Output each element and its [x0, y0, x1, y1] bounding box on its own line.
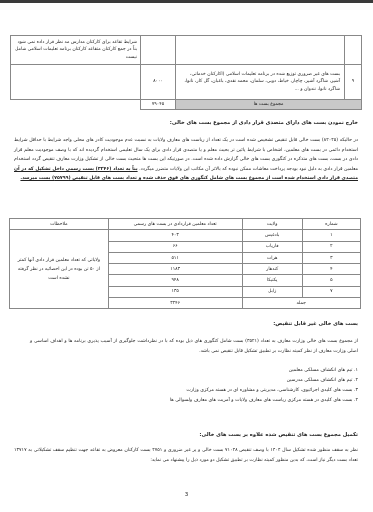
- paragraph: نظر به سقف منظور شده تشکیل سال ۱۴۰۴ با و…: [14, 446, 358, 465]
- row-province: فاریاب: [242, 241, 302, 252]
- section-heading: بست های خالی غیر قابل تنقیص:: [273, 321, 358, 327]
- page-number: 3: [0, 492, 373, 498]
- section-heading: تکمیل مجموع بست های تنقیص شده علاوه بر ب…: [199, 432, 358, 438]
- row-value: [141, 36, 176, 65]
- row-count: ۴۰۳: [108, 230, 242, 241]
- row-count: ۶۶: [108, 241, 242, 252]
- row-count: ۱۱۸۳: [108, 264, 242, 275]
- row-count: ۹۴۸: [108, 275, 242, 286]
- row-note: شرایط تقاعد برای کارکنان مدارس مد نظر قر…: [11, 36, 141, 65]
- total-label: جمله: [242, 298, 360, 309]
- row-province: پکتیکا: [242, 275, 302, 286]
- row-province: بادغیس: [242, 230, 302, 241]
- document-page: شرایط تقاعد برای کارکنان مدارس مد نظر قر…: [0, 3, 373, 512]
- total-value: ۷۹۰۴۵: [141, 100, 176, 110]
- row-number: [345, 36, 362, 65]
- table-row: ۱ بادغیس ۴۰۳ ولایاتی که تعداد معلمین قرا…: [10, 230, 361, 241]
- row-province: کندهار: [242, 264, 302, 275]
- non-reducible-list: ۱. تیم های انکشاف مسلکی معلمین ۲. تیم ها…: [170, 366, 358, 406]
- section-heading: خارج نمودن بست های دارای متصدی قرار دادی…: [170, 120, 358, 126]
- table-header-row: شماره ولایت تعداد معلمین قراردادی در بست…: [10, 219, 361, 230]
- table-row: شرایط تقاعد برای کارکنان مدارس مد نظر قر…: [11, 36, 362, 65]
- list-item: ۲. تیم های انکشاف مسلکی مدرسین: [170, 376, 358, 386]
- table-row: ۹ بست های غیر ضروری توزیع شده در برنامه …: [11, 65, 362, 100]
- row-number: ۳: [302, 252, 360, 263]
- row-number: ۱: [302, 230, 360, 241]
- header-province: ولایت: [242, 219, 302, 230]
- row-note: ولایاتی که تعداد معلمین قرار دادی آنها ک…: [10, 230, 109, 309]
- paragraph: در حالیکه (۸۲۰۴۵) بست خالی قابل تنقیص تش…: [14, 136, 358, 184]
- total-value: ۳۲۴۶: [108, 298, 242, 309]
- row-count: ۱۳۵: [108, 286, 242, 297]
- empty-cell: [11, 100, 141, 110]
- row-province: زابل: [242, 286, 302, 297]
- row-number: ۵: [302, 275, 360, 286]
- row-count: ۵۱۱: [108, 252, 242, 263]
- row-number: ۲: [302, 241, 360, 252]
- row-title: بست های غیر ضروری توزیع شده در برنامه تع…: [176, 65, 345, 100]
- list-item: ۳. بست های کلیدی اجرائیوی، کارشناسی، مدی…: [170, 386, 358, 396]
- header-count: تعداد معلمین قراردادی در بست های رسمی: [108, 219, 242, 230]
- row-title: [176, 36, 345, 65]
- list-item: ۴. بست های کلیدی در هسته مرکزی ریاست های…: [170, 396, 358, 406]
- row-number: ۴: [302, 264, 360, 275]
- row-province: هرات: [242, 252, 302, 263]
- total-label: مجموع بست ها: [176, 100, 362, 110]
- paragraph: از مجموع بست های خالی وزارت معارف به تعد…: [30, 337, 358, 356]
- header-note: ملاحظات: [10, 219, 109, 230]
- list-item: ۱. تیم های انکشاف مسلکی معلمین: [170, 366, 358, 376]
- posts-table: شرایط تقاعد برای کارکنان مدارس مد نظر قر…: [10, 35, 362, 110]
- province-table: شماره ولایت تعداد معلمین قراردادی در بست…: [9, 218, 361, 309]
- row-number: ۹: [345, 65, 362, 100]
- header-number: شماره: [302, 219, 360, 230]
- row-note: [11, 65, 141, 100]
- row-value: ۸۰۰۰: [141, 65, 176, 100]
- row-number: ۷: [302, 286, 360, 297]
- table-total-row: مجموع بست ها ۷۹۰۴۵: [11, 100, 362, 110]
